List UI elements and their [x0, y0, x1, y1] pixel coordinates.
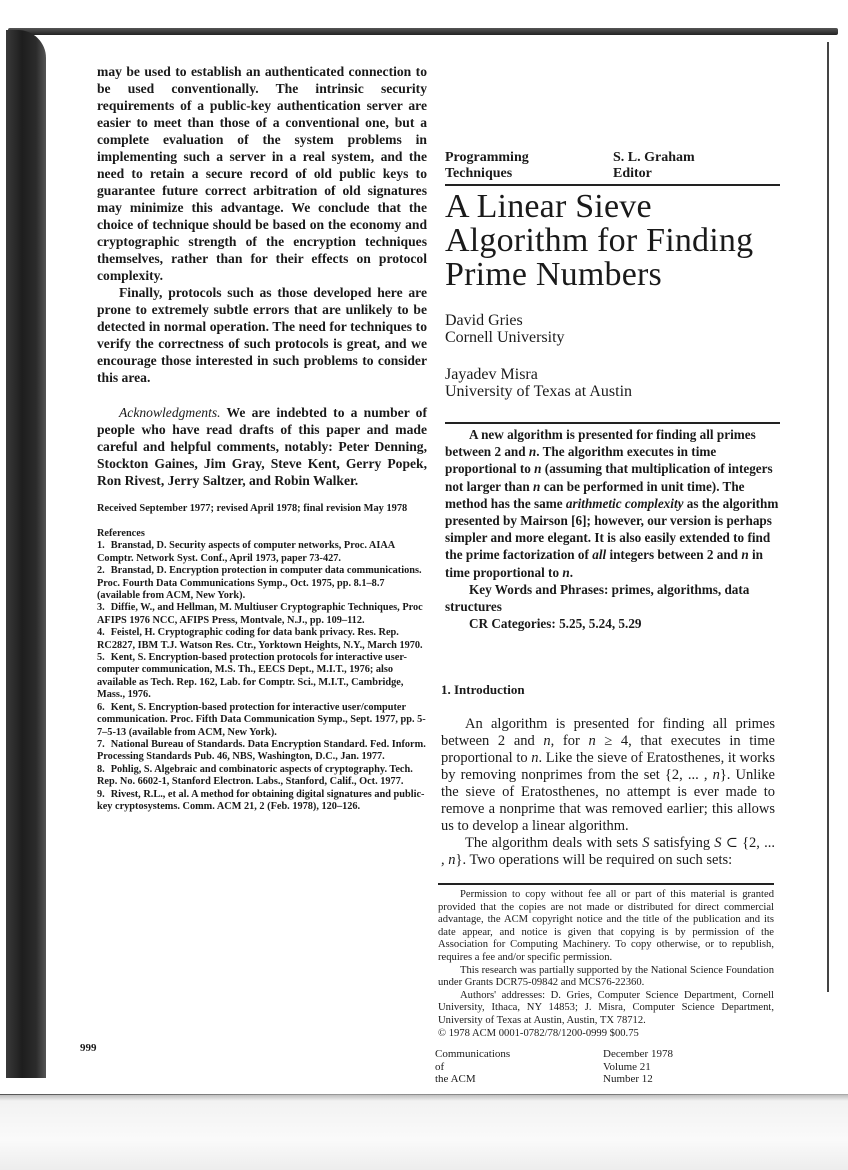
conclusion-paragraph: Finally, protocols such as those develop…	[97, 284, 427, 386]
department: Programming Techniques	[445, 150, 613, 182]
author-name: David Gries	[445, 312, 780, 329]
permission-notice: Permission to copy without fee all or pa…	[438, 889, 774, 965]
abstract: A new algorithm is presented for finding…	[445, 422, 780, 632]
author-affiliation: Cornell University	[445, 329, 780, 346]
references: References 1.Branstad, D. Security aspec…	[97, 528, 427, 813]
journal-name: Communications of the ACM	[435, 1048, 603, 1086]
funding-notice: This research was partially supported by…	[438, 965, 774, 990]
section-header: Programming Techniques S. L. Graham Edit…	[445, 150, 780, 186]
abstract-text: A new algorithm is presented for finding…	[445, 426, 780, 581]
scan-edge-right	[827, 42, 829, 992]
reference-item: 5.Kent, S. Encryption-based protection p…	[97, 652, 427, 702]
article-header: Programming Techniques S. L. Graham Edit…	[445, 150, 780, 420]
reference-item: 8.Pohlig, S. Algebraic and combinatoric …	[97, 764, 427, 789]
article-title: A Linear Sieve Algorithm for Finding Pri…	[445, 190, 780, 292]
copyright-footnote: Permission to copy without fee all or pa…	[438, 883, 774, 1040]
cr-categories: CR Categories: 5.25, 5.24, 5.29	[445, 615, 780, 632]
author-addresses: Authors' addresses: D. Gries, Computer S…	[438, 990, 774, 1028]
issue-info: December 1978 Volume 21 Number 12	[603, 1048, 673, 1086]
author-affiliation: University of Texas at Austin	[445, 383, 780, 400]
editor: S. L. Graham Editor	[613, 150, 695, 182]
journal-footer: Communications of the ACM December 1978 …	[435, 1048, 735, 1086]
author: Jayadev Misra University of Texas at Aus…	[445, 366, 780, 400]
author-name: Jayadev Misra	[445, 366, 780, 383]
keywords: Key Words and Phrases: primes, algorithm…	[445, 581, 780, 615]
acknowledgments: Acknowledgments. We are indebted to a nu…	[97, 404, 427, 489]
author-list: David Gries Cornell University Jayadev M…	[445, 312, 780, 400]
reference-item: 7.National Bureau of Standards. Data Enc…	[97, 739, 427, 764]
left-column: may be used to establish an authenticate…	[97, 63, 427, 813]
copyright-line: © 1978 ACM 0001-0782/78/1200-0999 $00.75	[438, 1028, 774, 1041]
reference-item: 6.Kent, S. Encryption-based protection f…	[97, 702, 427, 739]
acknowledgments-label: Acknowledgments.	[119, 405, 221, 420]
reference-item: 4.Feistel, H. Cryptographic coding for d…	[97, 627, 427, 652]
reference-item: 2.Branstad, D. Encryption protection in …	[97, 565, 427, 602]
reference-item: 3.Diffie, W., and Hellman, M. Multiuser …	[97, 602, 427, 627]
references-title: References	[97, 528, 427, 540]
reference-item: 9.Rivest, R.L., et al. A method for obta…	[97, 789, 427, 814]
conclusion-paragraph: may be used to establish an authenticate…	[97, 63, 427, 284]
scan-edge-top	[8, 28, 838, 35]
reference-item: 1.Branstad, D. Security aspects of compu…	[97, 540, 427, 565]
scan-edge-binding	[6, 30, 46, 1078]
received-dates: Received September 1977; revised April 1…	[97, 503, 427, 514]
author: David Gries Cornell University	[445, 312, 780, 346]
scan-bottom-margin	[0, 1095, 848, 1170]
intro-paragraph: The algorithm deals with sets S satisfyi…	[441, 835, 775, 869]
page-number: 999	[80, 1042, 97, 1054]
introduction-section: 1. Introduction An algorithm is presente…	[441, 682, 775, 869]
intro-paragraph: An algorithm is presented for finding al…	[441, 716, 775, 835]
section-heading: 1. Introduction	[441, 682, 775, 698]
